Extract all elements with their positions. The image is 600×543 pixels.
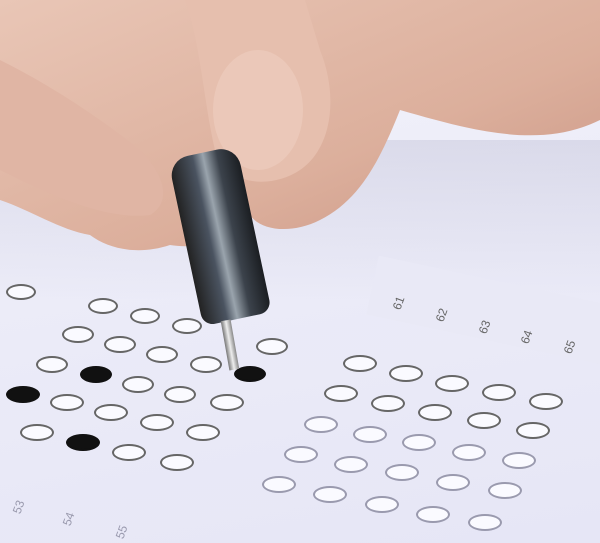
photo-scene: 61 62 63 64 65 53 54 55 xyxy=(0,0,600,543)
hand xyxy=(0,0,600,543)
